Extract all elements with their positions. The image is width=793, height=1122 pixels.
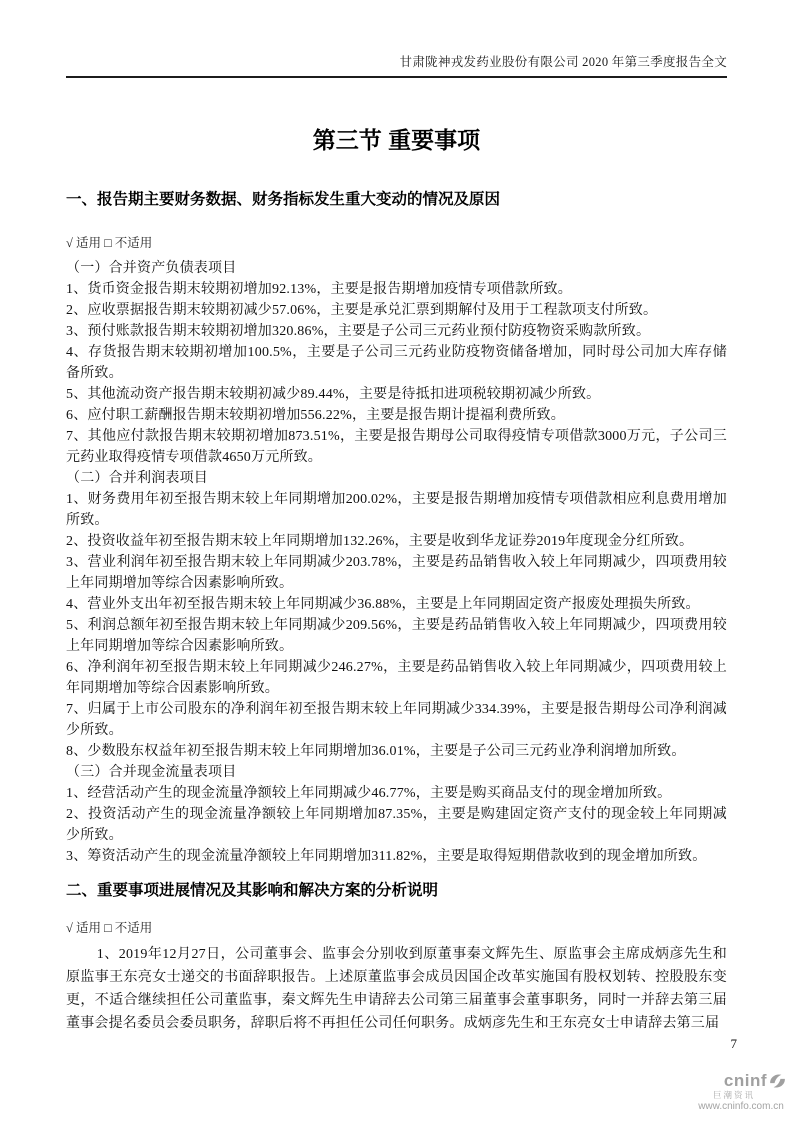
section2-heading: 二、重要事项进展情况及其影响和解决方案的分析说明: [66, 879, 727, 903]
body-paragraph: （一）合并资产负债表项目: [66, 258, 727, 279]
section1-blocks: （一）合并资产负债表项目1、货币资金报告期末较期初增加92.13%，主要是报告期…: [66, 258, 727, 867]
cninfo-logo-url: www.cninfo.com.cn: [693, 1102, 789, 1113]
body-paragraph: 7、其他应付款报告期末较期初增加873.51%，主要是报告期母公司取得疫情专项借…: [66, 426, 727, 468]
cninfo-watermark: cninf 巨潮资讯 www.cninfo.com.cn: [693, 1072, 789, 1112]
document-page: 甘肃陇神戎发药业股份有限公司 2020 年第三季度报告全文 第三节 重要事项 一…: [0, 0, 793, 1122]
body-paragraph: 1、货币资金报告期末较期初增加92.13%，主要是报告期增加疫情专项借款所致。: [66, 279, 727, 300]
cninfo-logo-chinese: 巨潮资讯: [693, 1091, 789, 1100]
body-paragraph: 6、净利润年初至报告期末较上年同期减少246.27%，主要是药品销售收入较上年同…: [66, 657, 727, 699]
cninfo-swirl-icon: [768, 1072, 787, 1090]
page-title: 第三节 重要事项: [66, 122, 727, 158]
body-paragraph: 1、经营活动产生的现金流量净额较上年同期减少46.77%，主要是购买商品支付的现…: [66, 783, 727, 804]
body-paragraph: 4、存货报告期末较期初增加100.5%，主要是子公司三元药业防疫物资储备增加，同…: [66, 342, 727, 384]
body-paragraph: 7、归属于上市公司股东的净利润年初至报告期末较上年同期减少334.39%，主要是…: [66, 699, 727, 741]
running-header-title: 甘肃陇神戎发药业股份有限公司 2020 年第三季度报告全文: [66, 54, 727, 70]
body-paragraph: 5、利润总额年初至报告期末较上年同期减少209.56%，主要是药品销售收入较上年…: [66, 615, 727, 657]
section1-applicability: √ 适用 □ 不适用: [66, 234, 727, 252]
body-paragraph: （三）合并现金流量表项目: [66, 762, 727, 783]
section-important-matters: 二、重要事项进展情况及其影响和解决方案的分析说明 √ 适用 □ 不适用 1、20…: [66, 879, 727, 1035]
body-paragraph: （二）合并利润表项目: [66, 468, 727, 489]
body-paragraph: 2、应收票据报告期末较期初减少57.06%，主要是承兑汇票到期解付及用于工程款项…: [66, 300, 727, 321]
body-paragraph: 2、投资活动产生的现金流量净额较上年同期增加87.35%，主要是购建固定资产支付…: [66, 804, 727, 846]
section2-applicability: √ 适用 □ 不适用: [66, 919, 727, 937]
body-paragraph: 3、筹资活动产生的现金流量净额较上年同期增加311.82%，主要是取得短期借款收…: [66, 846, 727, 867]
body-paragraph: 3、营业利润年初至报告期末较上年同期减少203.78%，主要是药品销售收入较上年…: [66, 552, 727, 594]
page-number: 7: [731, 1036, 738, 1052]
cninfo-logo-text: cninf: [724, 1072, 767, 1090]
section2-paragraph: 1、2019年12月27日，公司董事会、监事会分别收到原董事秦文辉先生、原监事会…: [66, 943, 727, 1035]
body-paragraph: 6、应付职工薪酬报告期末较期初增加556.22%，主要是报告期计提福利费所致。: [66, 405, 727, 426]
section-financial-changes: 一、报告期主要财务数据、财务指标发生重大变动的情况及原因 √ 适用 □ 不适用 …: [66, 188, 727, 867]
body-paragraph: 2、投资收益年初至报告期末较上年同期增加132.26%，主要是收到华龙证券201…: [66, 531, 727, 552]
body-paragraph: 3、预付账款报告期末较期初增加320.86%，主要是子公司三元药业预付防疫物资采…: [66, 321, 727, 342]
body-paragraph: 5、其他流动资产报告期末较期初减少89.44%，主要是待抵扣进项税较期初减少所致…: [66, 384, 727, 405]
body-paragraph: 8、少数股东权益年初至报告期末较上年同期增加36.01%，主要是子公司三元药业净…: [66, 741, 727, 762]
section1-heading: 一、报告期主要财务数据、财务指标发生重大变动的情况及原因: [66, 188, 727, 212]
body-paragraph: 1、财务费用年初至报告期末较上年同期增加200.02%，主要是报告期增加疫情专项…: [66, 489, 727, 531]
body-paragraph: 4、营业外支出年初至报告期末较上年同期减少36.88%，主要是上年同期固定资产报…: [66, 594, 727, 615]
document-header: 甘肃陇神戎发药业股份有限公司 2020 年第三季度报告全文: [66, 0, 727, 78]
cninfo-logo-row: cninf: [693, 1072, 789, 1090]
page-content: 第三节 重要事项 一、报告期主要财务数据、财务指标发生重大变动的情况及原因 √ …: [66, 122, 727, 1035]
